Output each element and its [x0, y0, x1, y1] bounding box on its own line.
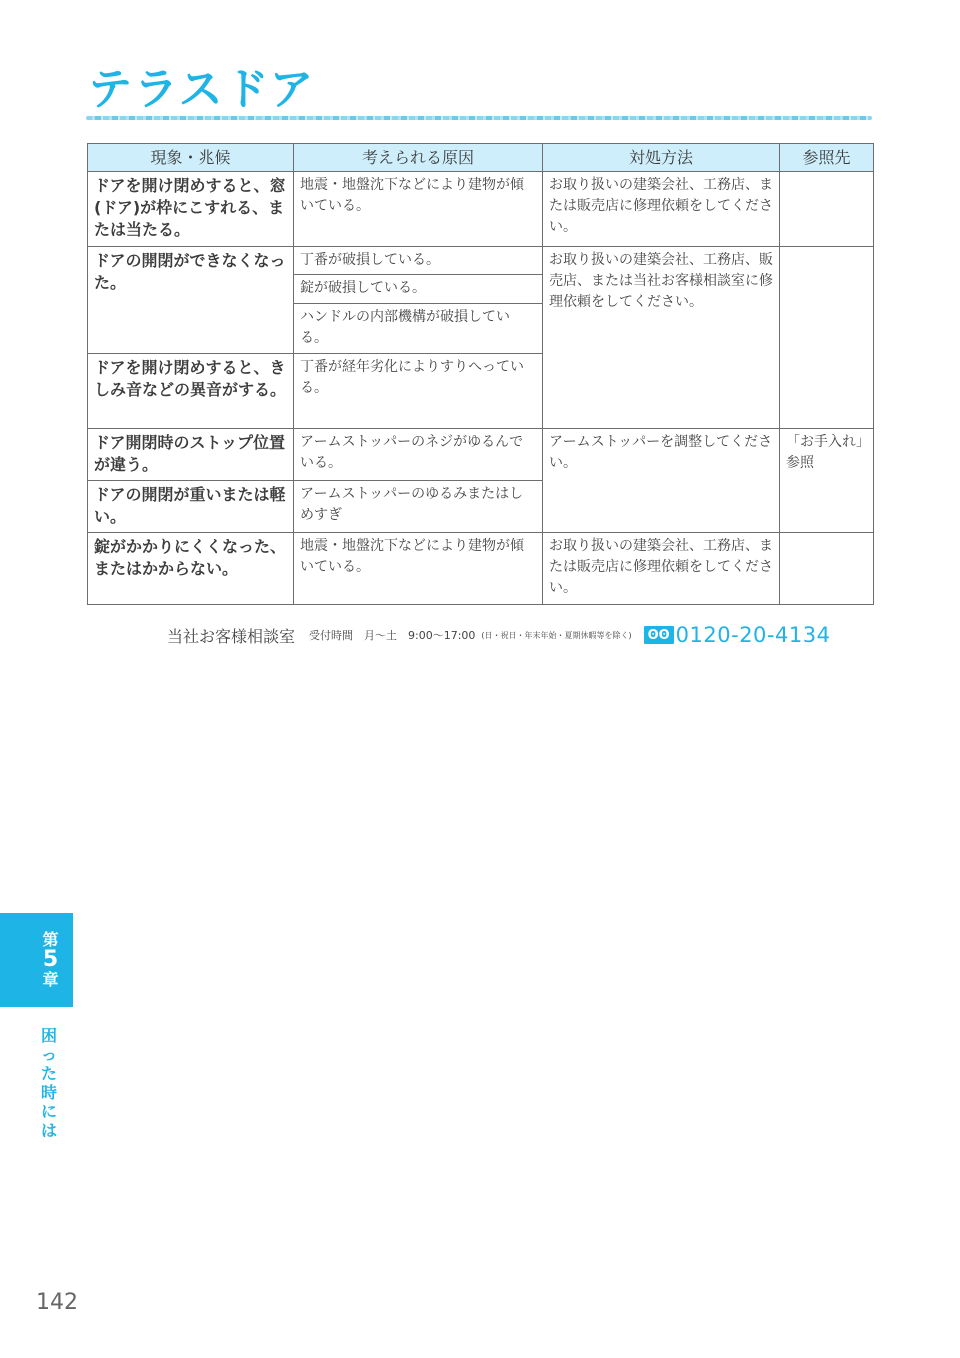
title-underline: [86, 116, 872, 120]
chapter-number: 5: [43, 950, 58, 970]
table-row: ドアを開け閉めすると、窓(ドア)が枠にこすれる、または当たる。 地震・地盤沈下な…: [88, 172, 874, 247]
cause-cell: 錠が破損している。: [294, 275, 543, 304]
header-symptom: 現象・兆候: [88, 144, 294, 172]
contact-hours-note: (日・祝日・年末年始・夏期休暇等を除く): [481, 630, 631, 641]
remedy-cell: お取り扱いの建築会社、工務店、または販売店に修理依頼をしてください。: [543, 533, 780, 605]
contact-name: 当社お客様相談室: [167, 624, 295, 647]
remedy-cell: お取り扱いの建築会社、工務店、または販売店に修理依頼をしてください。: [543, 172, 780, 247]
reference-cell: [780, 247, 874, 429]
remedy-cell: アームストッパーを調整してください。: [543, 429, 780, 533]
reference-cell: [780, 172, 874, 247]
cause-cell: 丁番が経年劣化によりすりへっている。: [294, 354, 543, 429]
table-row: 錠がかかりにくくなった、またはかからない。 地震・地盤沈下などにより建物が傾いて…: [88, 533, 874, 605]
symptom-cell: ドアの開閉が重いまたは軽い。: [88, 481, 294, 533]
header-cause: 考えられる原因: [294, 144, 543, 172]
chapter-suffix: 章: [42, 970, 58, 990]
chapter-label: 困った時には: [40, 1026, 58, 1140]
page-number: 142: [36, 1290, 78, 1315]
cause-cell: 地震・地盤沈下などにより建物が傾いている。: [294, 172, 543, 247]
reference-cell: 「お手入れ」参照: [780, 429, 874, 533]
remedy-cell: お取り扱いの建築会社、工務店、販売店、または当社お客様相談室に修理依頼をしてくだ…: [543, 247, 780, 429]
symptom-cell: ドアを開け閉めすると、きしみ音などの異音がする。: [88, 354, 294, 429]
customer-contact: 当社お客様相談室 受付時間 月〜土 9:00〜17:00 (日・祝日・年末年始・…: [167, 622, 873, 648]
symptom-cell: 錠がかかりにくくなった、またはかからない。: [88, 533, 294, 605]
reference-cell: [780, 533, 874, 605]
troubleshooting-table: 現象・兆候 考えられる原因 対処方法 参照先 ドアを開け閉めすると、窓(ドア)が…: [87, 143, 874, 605]
table-row: ドアの開閉ができなくなった。 丁番が破損している。 お取り扱いの建築会社、工務店…: [88, 247, 874, 275]
table-header-row: 現象・兆候 考えられる原因 対処方法 参照先: [88, 144, 874, 172]
symptom-cell: ドア開閉時のストップ位置が違う。: [88, 429, 294, 481]
cause-cell: 丁番が破損している。: [294, 247, 543, 275]
contact-hours: 受付時間 月〜土 9:00〜17:00: [309, 627, 475, 643]
cause-cell: ハンドルの内部機構が破損している。: [294, 304, 543, 354]
symptom-cell: ドアの開閉ができなくなった。: [88, 247, 294, 354]
cause-cell: アームストッパーのゆるみまたはしめすぎ: [294, 481, 543, 533]
table-row: ドア開閉時のストップ位置が違う。 アームストッパーのネジがゆるんでいる。 アーム…: [88, 429, 874, 481]
page-title: テラスドア: [88, 60, 315, 120]
cause-cell: 地震・地盤沈下などにより建物が傾いている。: [294, 533, 543, 605]
header-reference: 参照先: [780, 144, 874, 172]
phone-number: 0120-20-4134: [676, 623, 831, 647]
header-remedy: 対処方法: [543, 144, 780, 172]
symptom-cell: ドアを開け閉めすると、窓(ドア)が枠にこすれる、または当たる。: [88, 172, 294, 247]
free-dial-icon: ʘʘ: [644, 626, 674, 644]
chapter-tab: 第 5 章: [0, 913, 73, 1007]
cause-cell: アームストッパーのネジがゆるんでいる。: [294, 429, 543, 481]
